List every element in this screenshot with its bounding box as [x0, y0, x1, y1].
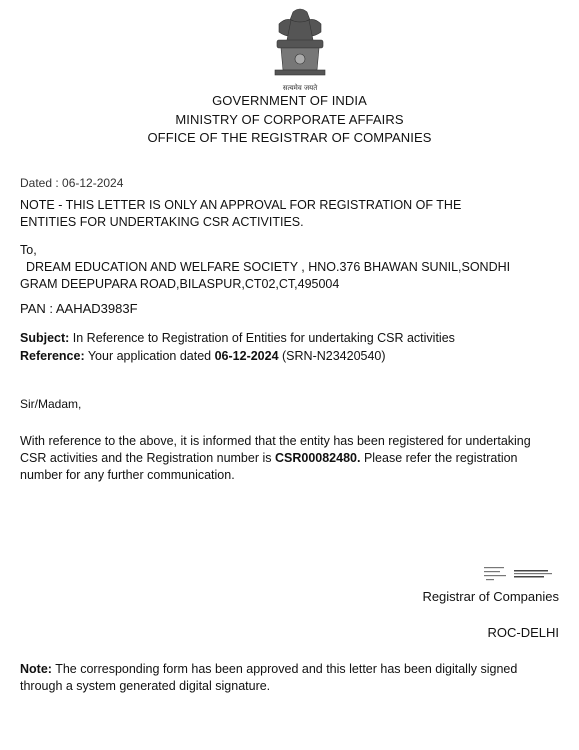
header-ministry: MINISTRY OF CORPORATE AFFAIRS: [0, 112, 579, 127]
subject-line: Subject: In Reference to Registration of…: [20, 330, 455, 347]
pan-number: PAN : AAHAD3983F: [20, 300, 138, 317]
subject-label: Subject:: [20, 331, 69, 345]
reference-label: Reference:: [20, 349, 85, 363]
recipient-address-line1: DREAM EDUCATION AND WELFARE SOCIETY , HN…: [26, 259, 510, 276]
letter-date: Dated : 06-12-2024: [20, 175, 123, 192]
body-line3: number for any further communication.: [20, 467, 531, 484]
signatory-title: Registrar of Companies: [422, 588, 559, 605]
approval-note-line1: NOTE - THIS LETTER IS ONLY AN APPROVAL F…: [20, 197, 461, 214]
signature-note-label: Note:: [20, 662, 52, 676]
recipient-address-line2: GRAM DEEPUPARA ROAD,BILASPUR,CT02,CT,495…: [20, 276, 339, 293]
emblem-motto: सत्यमेव जयते: [260, 84, 340, 93]
approval-note: NOTE - THIS LETTER IS ONLY AN APPROVAL F…: [20, 197, 461, 231]
national-emblem-icon: [263, 6, 337, 90]
reference-srn: (SRN-N23420540): [279, 349, 386, 363]
to-label: To,: [20, 242, 37, 259]
letter-body: With reference to the above, it is infor…: [20, 433, 531, 484]
body-line2-prefix: CSR activities and the Registration numb…: [20, 451, 275, 465]
header-government: GOVERNMENT OF INDIA: [0, 93, 579, 108]
signature-note-line2: through a system generated digital signa…: [20, 678, 517, 695]
body-line1: With reference to the above, it is infor…: [20, 433, 531, 450]
header-office: OFFICE OF THE REGISTRAR OF COMPANIES: [0, 130, 579, 145]
reference-text: Your application dated: [85, 349, 215, 363]
signatory-office: ROC-DELHI: [487, 624, 559, 641]
signature-note-text: The corresponding form has been approved…: [52, 662, 517, 676]
body-line2: CSR activities and the Registration numb…: [20, 450, 531, 467]
subject-text: In Reference to Registration of Entities…: [69, 331, 455, 345]
registration-number: CSR00082480.: [275, 451, 360, 465]
reference-date: 06-12-2024: [215, 349, 279, 363]
reference-line: Reference: Your application dated 06-12-…: [20, 348, 386, 365]
body-line2-suffix: Please refer the registration: [360, 451, 517, 465]
signature-note: Note: The corresponding form has been ap…: [20, 661, 517, 695]
approval-note-line2: ENTITIES FOR UNDERTAKING CSR ACTIVITIES.: [20, 214, 461, 231]
digital-signature-icon: [484, 566, 552, 584]
salutation: Sir/Madam,: [20, 396, 81, 413]
signature-note-line1: Note: The corresponding form has been ap…: [20, 661, 517, 678]
